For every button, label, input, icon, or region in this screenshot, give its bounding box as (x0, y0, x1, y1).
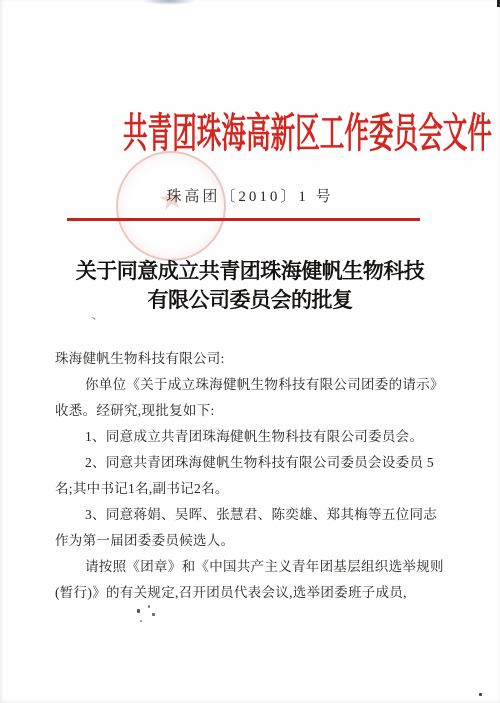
scan-speck (152, 613, 155, 616)
document-title: 关于同意成立共青团珠海健帆生物科技 有限公司委员会的批复 (0, 257, 500, 315)
body-line: (暂行)》的有关规定,召开团员代表会议,选举团委班子成员, (55, 580, 465, 606)
body-line: 名;其中书记1名,副书记2名。 (55, 476, 465, 502)
document-page: ★ 共青团珠海高新区工作委员会文件 珠高团〔2010〕1 号 关于同意成立共青团… (0, 0, 500, 703)
header-title-text: 共青团珠海高新区工作委员会文件 (123, 100, 492, 159)
body-line: 3、同意蒋娟、吴晖、张慧君、陈奕雄、郑其梅等五位同志 (55, 502, 465, 528)
scan-speck (479, 693, 482, 696)
scan-speck (148, 605, 150, 608)
body-line: 请按照《团章》和《中国共产主义青年团基层组织选举规则 (55, 554, 465, 580)
title-line-1: 关于同意成立共青团珠海健帆生物科技 (0, 257, 500, 286)
document-number: 珠高团〔2010〕1 号 (0, 185, 500, 206)
body-line: 你单位《关于成立珠海健帆生物科技有限公司团委的请示》 (55, 372, 465, 398)
scan-smudge (143, 0, 195, 5)
official-seal: ★ (116, 151, 226, 261)
body-line: 珠海健帆生物科技有限公司: (55, 346, 465, 372)
body-line: 1、同意成立共青团珠海健帆生物科技有限公司委员会。 (55, 424, 465, 450)
document-body: 珠海健帆生物科技有限公司: 你单位《关于成立珠海健帆生物科技有限公司团委的请示》… (55, 346, 465, 606)
body-line: 2、同意共青团珠海健帆生物科技有限公司委员会设委员 5 (55, 450, 465, 476)
title-line-2: 有限公司委员会的批复 (0, 286, 500, 315)
header-divider-line (67, 218, 420, 221)
document-header: 共青团珠海高新区工作委员会文件 (0, 100, 500, 159)
body-line: 作为第一届团委委员候选人。 (55, 528, 465, 554)
scan-speck (140, 620, 142, 622)
scan-speck (137, 609, 140, 613)
body-line: 收悉。经研究,现批复如下: (55, 398, 465, 424)
